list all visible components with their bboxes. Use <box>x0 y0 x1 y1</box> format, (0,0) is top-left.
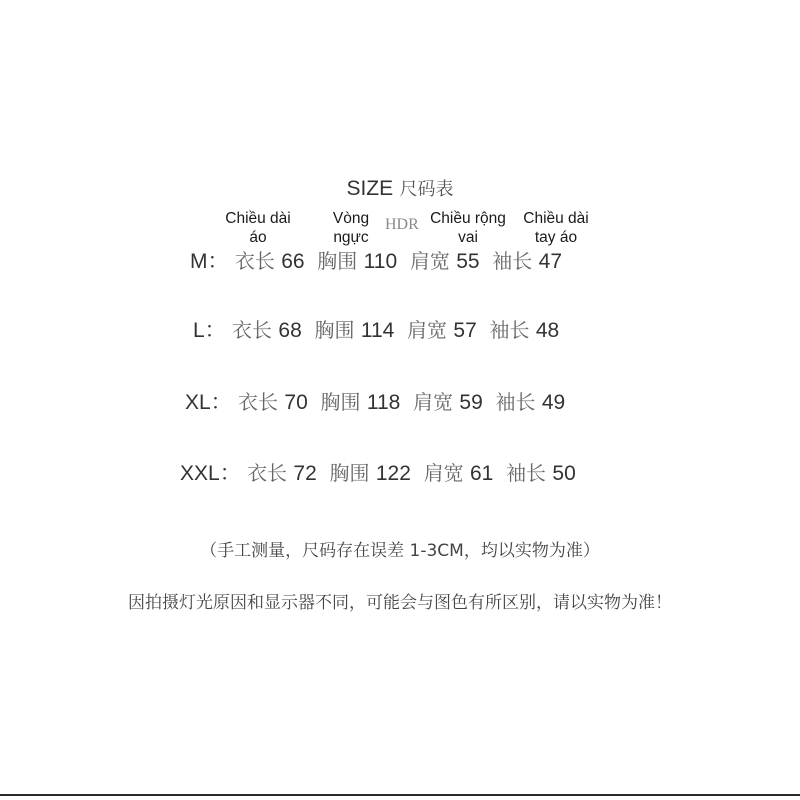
header-sleeve: Chiều dài tay áo <box>514 209 598 247</box>
size-row-m: M： 衣长 66 胸围 110 肩宽 55 袖长 47 <box>190 249 562 274</box>
color-disclaimer: 因拍摄灯光原因和显示器不同，可能会与图色有所区别，请以实物为准！ <box>0 588 800 613</box>
bottom-border <box>0 794 800 796</box>
header-shoulder: Chiều rộng vai <box>420 209 516 247</box>
size-row-l: L： 衣长 68 胸围 114 肩宽 57 袖长 48 <box>193 318 559 343</box>
size-row-xxl: XXL： 衣长 72 胸围 122 肩宽 61 袖长 50 <box>180 461 576 486</box>
size-row-xl: XL： 衣长 70 胸围 118 肩宽 59 袖长 49 <box>185 390 565 415</box>
header-chest: Vòng ngực <box>320 209 382 247</box>
title-latin: SIZE <box>346 177 393 200</box>
size-chart-title: SIZE 尺码表 <box>0 175 800 201</box>
measurement-note: （手工测量，尺码存在误差 1-3CM，均以实物为准） <box>0 536 800 561</box>
title-chinese: 尺码表 <box>400 179 454 200</box>
hdr-watermark: HDR <box>385 216 419 234</box>
header-length: Chiều dài áo <box>212 209 304 247</box>
